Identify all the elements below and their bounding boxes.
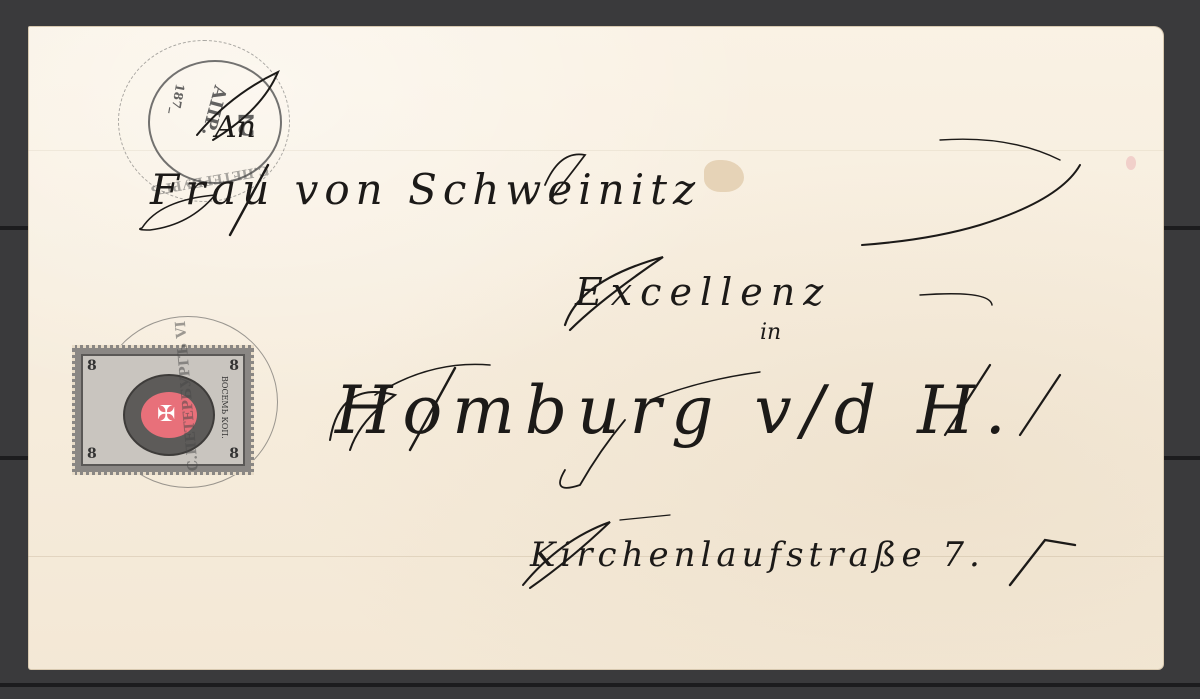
stain — [1126, 156, 1136, 170]
stamp-corner-number: 8 — [229, 358, 239, 374]
stamp-oval: ✠ — [123, 374, 215, 456]
background-stripe — [0, 683, 1200, 687]
stamp-corner-number: 8 — [87, 358, 97, 374]
address-line-an: An — [215, 110, 256, 145]
paper-tear — [704, 160, 744, 192]
eagle-icon: ✠ — [157, 402, 175, 427]
address-line-city: Homburg v/d H. — [335, 372, 1016, 449]
postage-stamp: 8 8 8 8 ВОСЕМЬ КОП. ✠ — [72, 345, 254, 475]
stamp-frame: 8 8 8 8 ВОСЕМЬ КОП. ✠ — [81, 354, 245, 466]
address-line-title: Excellenz — [575, 270, 831, 314]
stamp-corner-number: 8 — [87, 446, 97, 462]
stamp-corner-number: 8 — [229, 446, 239, 462]
address-line-recipient: Frau von Schweinitz — [150, 165, 701, 214]
address-line-in: in — [760, 320, 781, 345]
stamp-denomination: ВОСЕМЬ КОП. — [220, 376, 229, 439]
address-line-street: Kirchenlaufstraße 7. — [530, 535, 985, 575]
